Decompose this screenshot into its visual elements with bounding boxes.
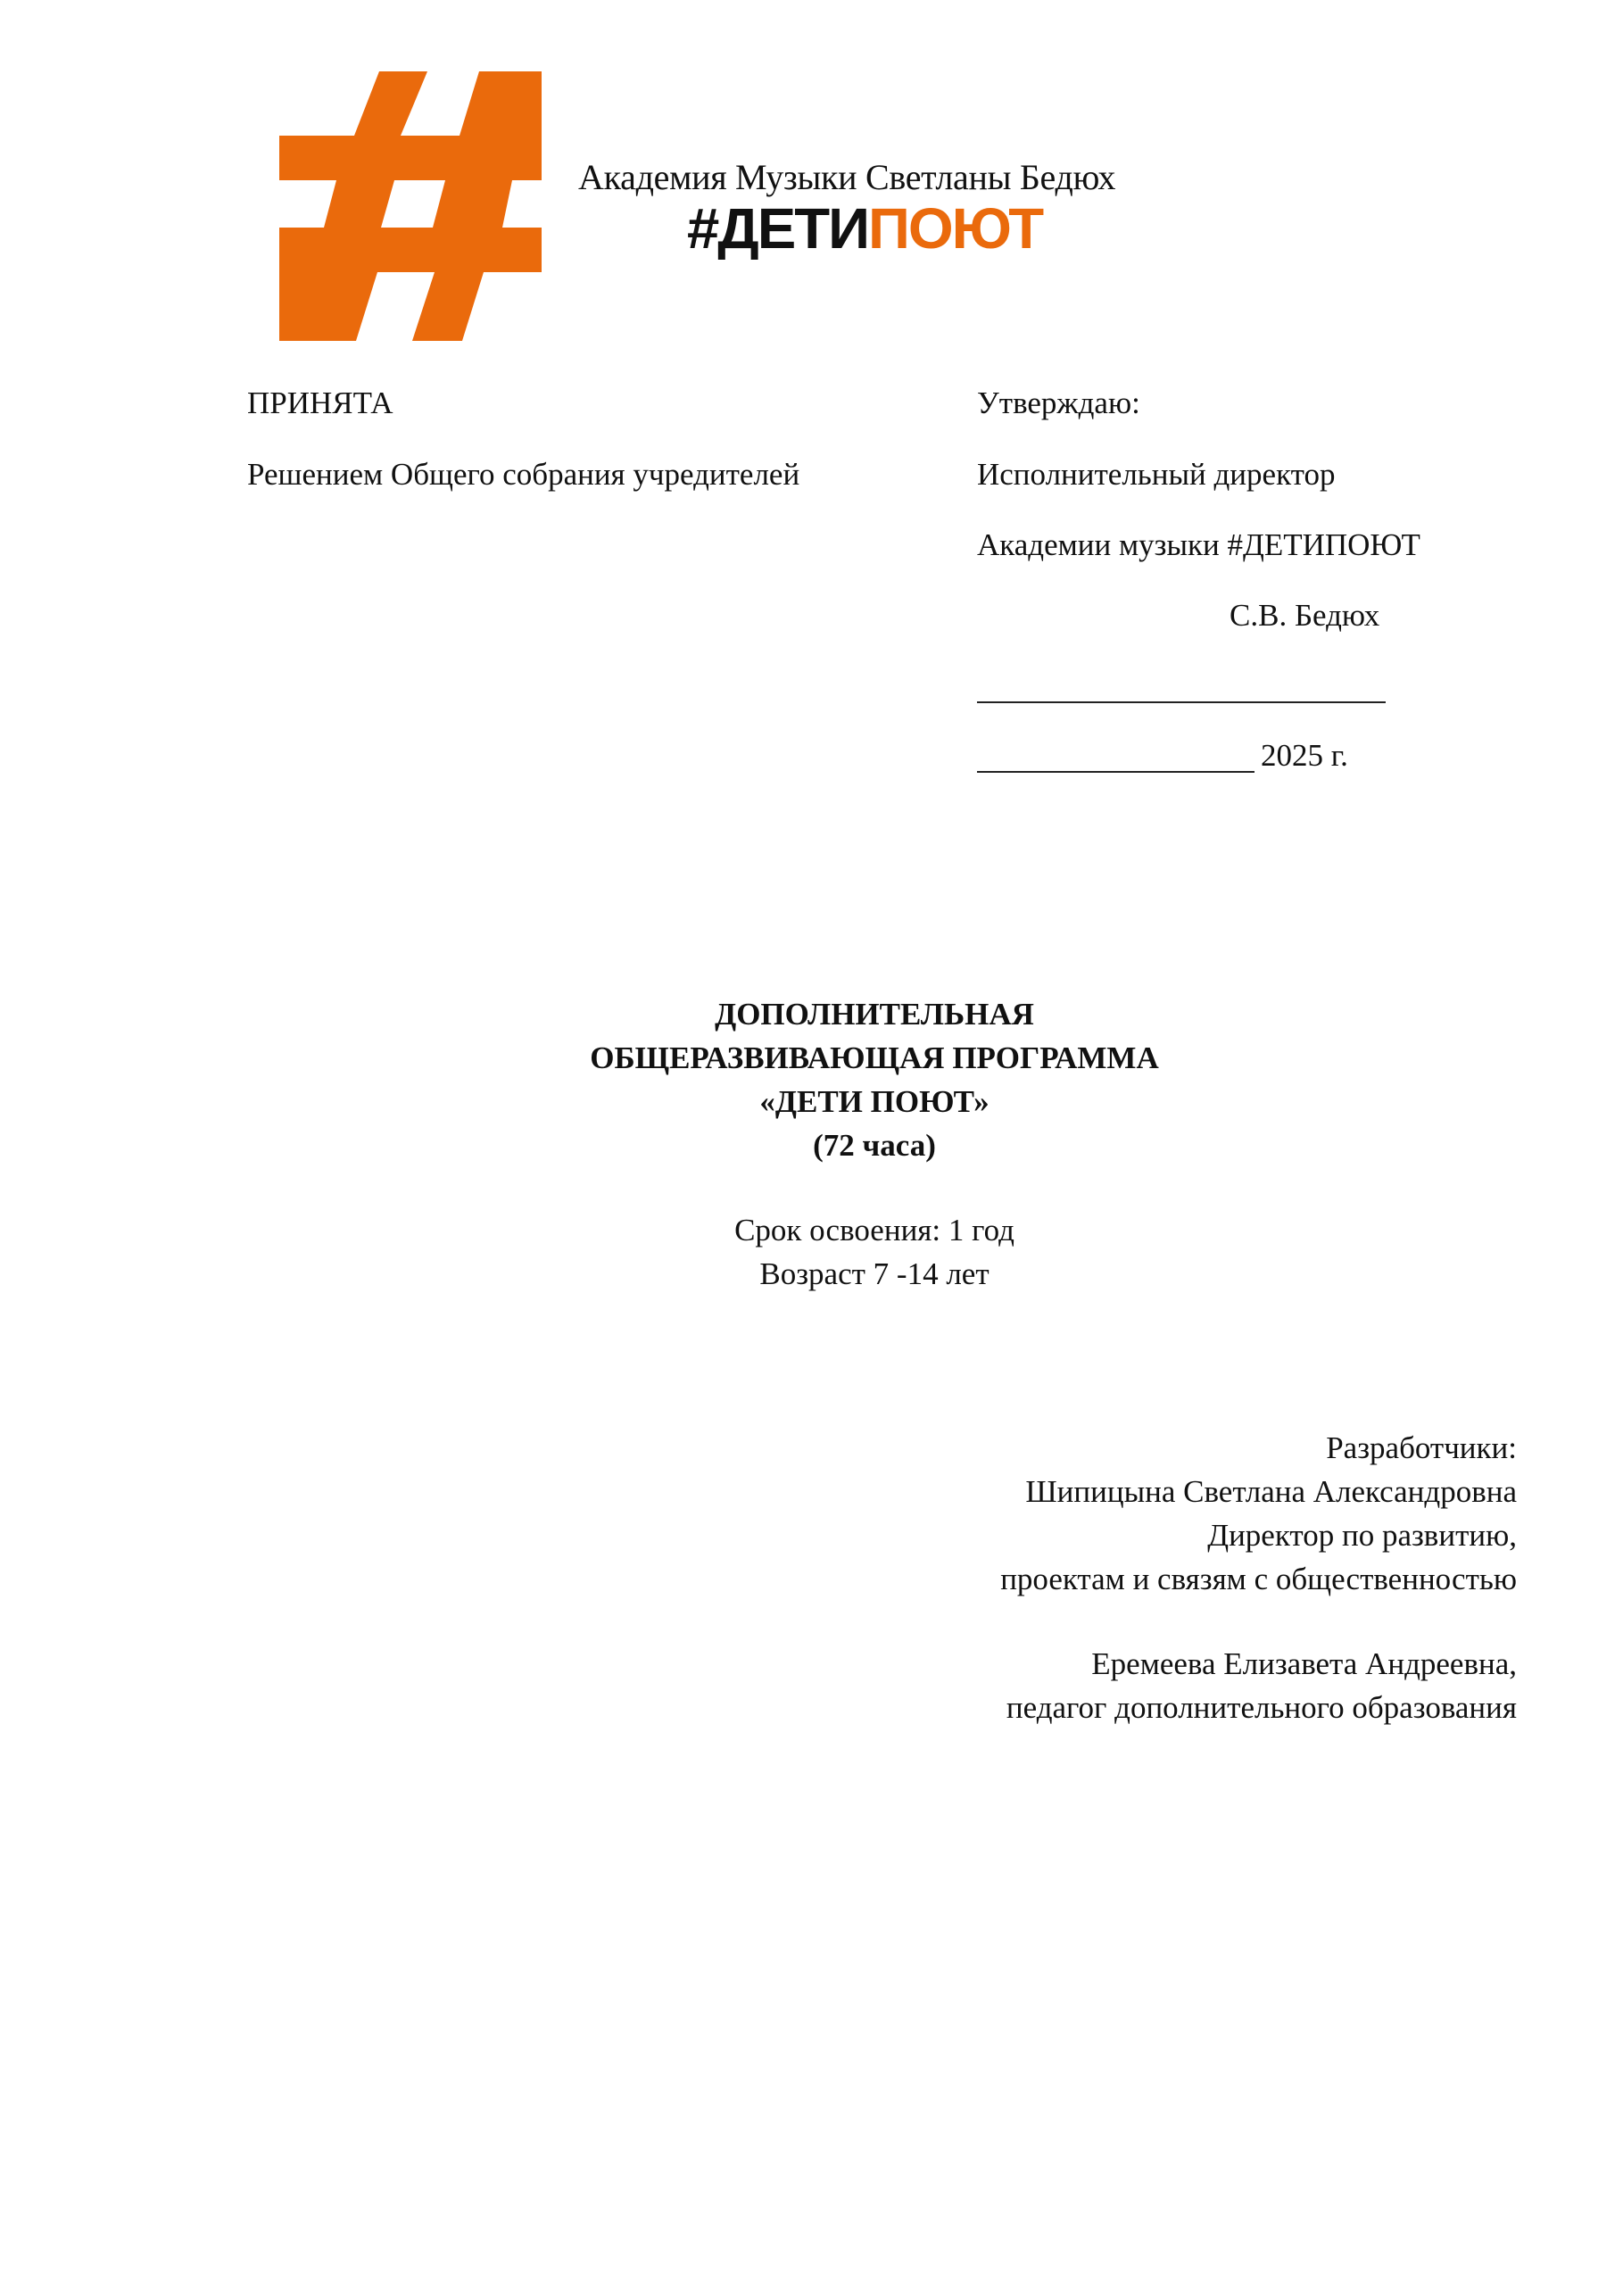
spacer [1000, 1601, 1517, 1642]
academy-name: Академия Музыки Светланы Бедюх [578, 157, 1115, 198]
program-title: ДОПОЛНИТЕЛЬНАЯ ОБЩЕРАЗВИВАЮЩАЯ ПРОГРАММА… [518, 992, 1231, 1167]
approved-organization: Академии музыки #ДЕТИПОЮТ [977, 527, 1420, 563]
approved-heading: Утверждаю: [977, 385, 1140, 421]
hash-icon [279, 71, 542, 341]
accepted-body: Решением Общего собрания учредителей [247, 457, 799, 493]
brand-wordmark: #ДЕТИПОЮТ [687, 200, 1042, 257]
title-line: ДОПОЛНИТЕЛЬНАЯ [518, 992, 1231, 1036]
signature-line [977, 701, 1386, 703]
approved-signatory: С.В. Бедюх [1230, 598, 1379, 634]
date-line [977, 771, 1255, 773]
developers-block: Разработчики: Шипицына Светлана Александ… [1000, 1426, 1517, 1729]
program-age: Возраст 7 -14 лет [518, 1252, 1231, 1296]
title-line: «ДЕТИ ПОЮТ» [518, 1080, 1231, 1123]
title-line: ОБЩЕРАЗВИВАЮЩАЯ ПРОГРАММА [518, 1036, 1231, 1080]
accepted-heading: ПРИНЯТА [247, 385, 393, 421]
developer-role: проектам и связям с общественностью [1000, 1557, 1517, 1601]
wordmark-orange-part: ПОЮТ [868, 196, 1042, 261]
program-meta: Срок освоения: 1 год Возраст 7 -14 лет [518, 1208, 1231, 1296]
developer-role: Директор по развитию, [1000, 1513, 1517, 1557]
document-page: Академия Музыки Светланы Бедюх #ДЕТИПОЮТ… [0, 0, 1623, 2296]
approved-date-year: 2025 г. [1261, 738, 1348, 774]
wordmark-dark-part: #ДЕТИ [687, 196, 868, 261]
developer-name: Еремеева Елизавета Андреевна, [1000, 1642, 1517, 1686]
title-line: (72 часа) [518, 1123, 1231, 1167]
developer-role: педагог дополнительного образования [1000, 1686, 1517, 1729]
developer-name: Шипицына Светлана Александровна [1000, 1470, 1517, 1513]
program-duration: Срок освоения: 1 год [518, 1208, 1231, 1252]
developers-heading: Разработчики: [1000, 1426, 1517, 1470]
approved-position: Исполнительный директор [977, 457, 1335, 493]
